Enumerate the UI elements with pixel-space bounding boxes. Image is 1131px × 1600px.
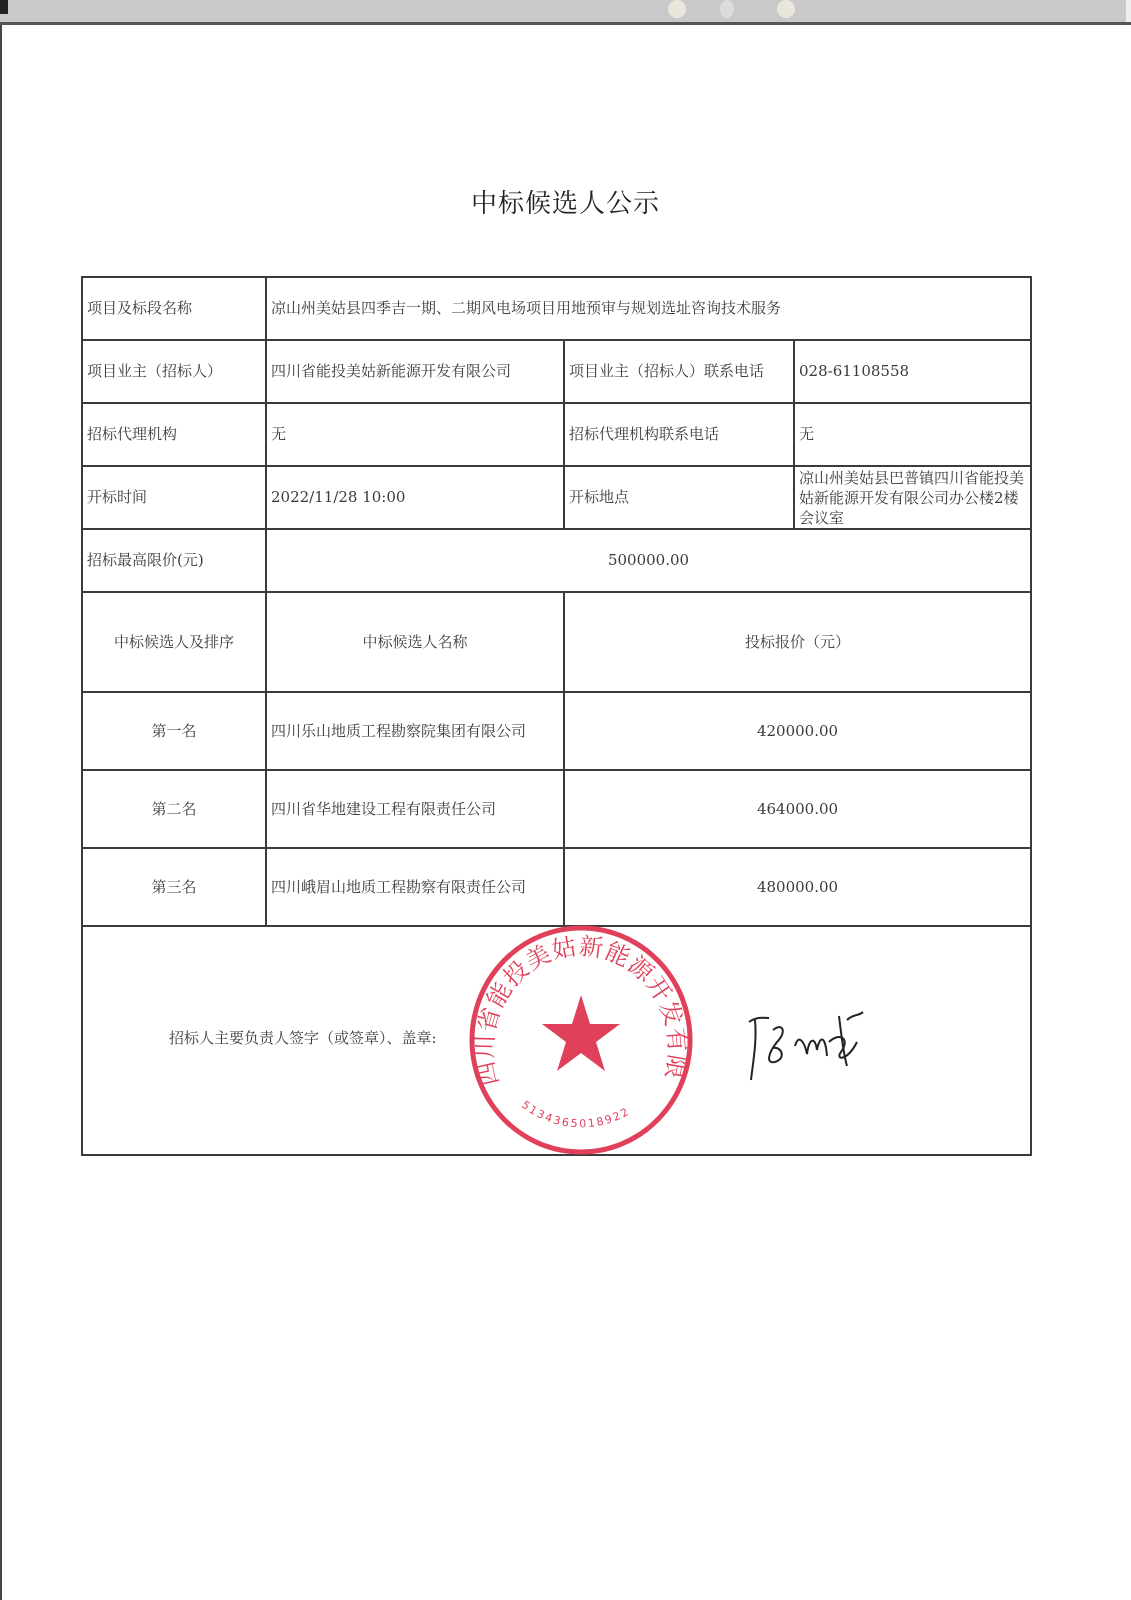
candidate-row: 第三名 四川峨眉山地质工程勘察有限责任公司 480000.00 [82,848,1031,926]
owner-phone-value: 028-61108558 [794,340,1031,403]
signature-row: 招标人主要负责人签字（或签章）、盖章: 四川省能投美姑新能源开发有限公司 513… [82,926,1031,1155]
max-price-label: 招标最高限价(元) [82,529,266,592]
candidate-row: 第一名 四川乐山地质工程勘察院集团有限公司 420000.00 [82,692,1031,770]
row-opening: 开标时间 2022/11/28 10:00 开标地点 凉山州美姑县巴普镇四川省能… [82,466,1031,529]
agency-label: 招标代理机构 [82,403,266,466]
row-owner: 项目业主（招标人） 四川省能投美姑新能源开发有限公司 项目业主（招标人）联系电话… [82,340,1031,403]
open-time-value: 2022/11/28 10:00 [266,466,564,529]
row-max-price: 招标最高限价(元) 500000.00 [82,529,1031,592]
scanner-edge [0,0,1131,25]
agency-value: 无 [266,403,564,466]
max-price-value: 500000.00 [266,529,1031,592]
open-place-label: 开标地点 [564,466,794,529]
candidate-rank: 第二名 [82,770,266,848]
svg-text:5134365018922: 5134365018922 [519,1098,632,1130]
row-agency: 招标代理机构 无 招标代理机构联系电话 无 [82,403,1031,466]
candidate-price: 464000.00 [564,770,1031,848]
project-name-label: 项目及标段名称 [82,277,266,340]
owner-label: 项目业主（招标人） [82,340,266,403]
page-edge [0,25,2,1600]
svg-text:四川省能投美姑新能源开发有限公司: 四川省能投美姑新能源开发有限公司 [465,925,692,1088]
agency-phone-value: 无 [794,403,1031,466]
candidate-name: 四川峨眉山地质工程勘察有限责任公司 [266,848,564,926]
candidate-name: 四川省华地建设工程有限责任公司 [266,770,564,848]
candidate-row: 第二名 四川省华地建设工程有限责任公司 464000.00 [82,770,1031,848]
project-name-value: 凉山州美姑县四季吉一期、二期风电场项目用地预审与规划选址咨询技术服务 [266,277,1031,340]
candidate-price: 480000.00 [564,848,1031,926]
signature-handwriting-icon [743,1002,883,1092]
row-project-name: 项目及标段名称 凉山州美姑县四季吉一期、二期风电场项目用地预审与规划选址咨询技术… [82,277,1031,340]
candidate-rank: 第三名 [82,848,266,926]
agency-phone-label: 招标代理机构联系电话 [564,403,794,466]
open-place-value: 凉山州美姑县巴普镇四川省能投美姑新能源开发有限公司办公楼2楼会议室 [794,466,1031,529]
header-price: 投标报价（元） [564,592,1031,692]
candidate-rank: 第一名 [82,692,266,770]
signature-label: 招标人主要负责人签字（或签章）、盖章: [169,1029,437,1048]
page-title: 中标候选人公示 [0,183,1131,220]
open-time-label: 开标时间 [82,466,266,529]
candidates-header-row: 中标候选人及排序 中标候选人名称 投标报价（元） [82,592,1031,692]
candidate-price: 420000.00 [564,692,1031,770]
signature-cell: 招标人主要负责人签字（或签章）、盖章: 四川省能投美姑新能源开发有限公司 513… [82,926,1031,1155]
header-rank: 中标候选人及排序 [82,592,266,692]
header-name: 中标候选人名称 [266,592,564,692]
notice-table: 项目及标段名称 凉山州美姑县四季吉一期、二期风电场项目用地预审与规划选址咨询技术… [81,276,1032,1156]
owner-value: 四川省能投美姑新能源开发有限公司 [266,340,564,403]
company-seal-icon: 四川省能投美姑新能源开发有限公司 5134365018922 [465,925,697,1155]
owner-phone-label: 项目业主（招标人）联系电话 [564,340,794,403]
candidate-name: 四川乐山地质工程勘察院集团有限公司 [266,692,564,770]
